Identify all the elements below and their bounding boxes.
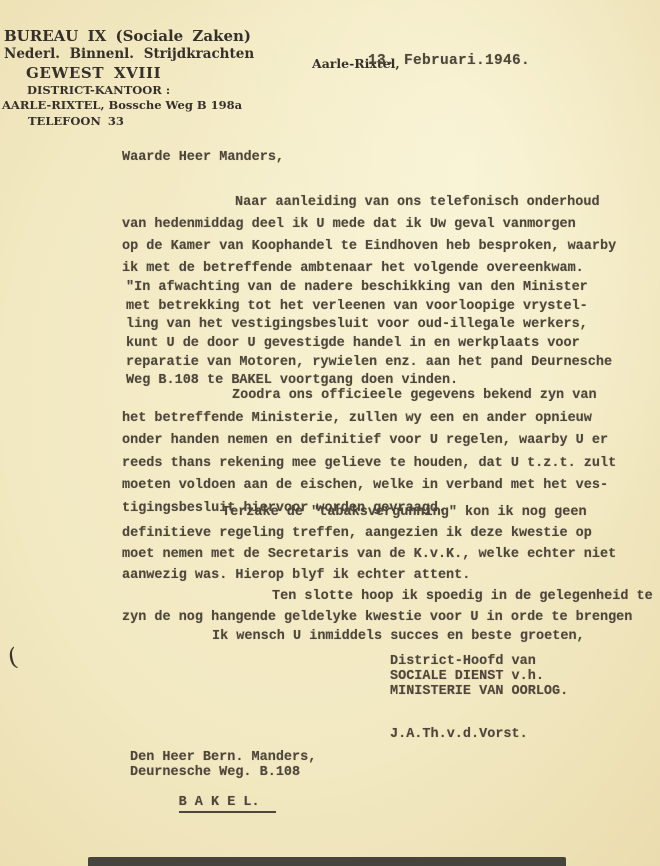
scanned-letter-page: BUREAU IX (Sociale Zaken) Nederl. Binnen… bbox=[0, 0, 660, 866]
text-line: reparatie van Motoren, rywielen enz. aan… bbox=[126, 354, 612, 373]
text-line: ling van het vestigingsbesluit voor oud-… bbox=[126, 316, 612, 335]
text-line: op de Kamer van Koophandel te Eindhoven … bbox=[122, 236, 616, 258]
text-line: reeds thans rekening mee gelieve te houd… bbox=[122, 453, 616, 476]
dateline-date: 13. Februari.1946. bbox=[368, 53, 530, 69]
paragraph-quote: "In afwachting van de nadere beschikking… bbox=[126, 279, 612, 391]
recipient-name: Den Heer Bern. Manders, bbox=[130, 750, 316, 765]
letterhead-phone-line: TELEFOON 33 bbox=[28, 114, 124, 128]
text-line: kunt U de door U gevestigde handel in en… bbox=[126, 335, 612, 354]
letterhead-kantoor-label: DISTRICT-KANTOOR : bbox=[27, 83, 170, 97]
recipient-city: B A K E L. bbox=[130, 780, 276, 825]
letterhead-org-line: Nederl. Binnenl. Strijdkrachten bbox=[4, 46, 254, 62]
signature-function-block: District-Hoofd vanSOCIALE DIENST v.h.MIN… bbox=[390, 654, 568, 700]
text-line: ik met de betreffende ambtenaar het volg… bbox=[122, 258, 616, 280]
text-line: Ten slotte hoop ik spoedig in de gelegen… bbox=[122, 586, 653, 607]
signature-name: J.A.Th.v.d.Vorst. bbox=[390, 727, 528, 742]
scan-edge-strip bbox=[88, 857, 566, 866]
text-line: Zoodra ons officieele gegevens bekend zy… bbox=[122, 385, 616, 408]
text-line: definitieve regeling treffen, aangezien … bbox=[122, 523, 616, 544]
paragraph-tabaksvergunning: Terzake de "tabaksvergunning" kon ik nog… bbox=[122, 502, 616, 586]
text-line: onder handen nemen en definitief voor U … bbox=[122, 430, 616, 453]
text-line: van hedenmiddag deel ik U mede dat ik Uw… bbox=[122, 214, 616, 236]
letterhead-address-line: AARLE-RIXTEL, Bossche Weg B 198a bbox=[2, 98, 242, 112]
text-line: moeten voldoen aan de eischen, welke in … bbox=[122, 475, 616, 498]
paragraph-intro: Naar aanleiding van ons telefonisch onde… bbox=[122, 192, 616, 280]
paragraph-slot: Ten slotte hoop ik spoedig in de gelegen… bbox=[122, 586, 653, 628]
closing-line: Ik wensch U inmiddels succes en beste gr… bbox=[212, 629, 585, 644]
text-line: moet nemen met de Secretaris van de K.v.… bbox=[122, 544, 616, 565]
letterhead-bureau-line: BUREAU IX (Sociale Zaken) bbox=[4, 27, 251, 45]
salutation: Waarde Heer Manders, bbox=[122, 150, 284, 165]
text-line: SOCIALE DIENST v.h. bbox=[390, 669, 568, 684]
text-line: "In afwachting van de nadere beschikking… bbox=[126, 279, 612, 298]
text-line: MINISTERIE VAN OORLOG. bbox=[390, 684, 568, 699]
text-line: Terzake de "tabaksvergunning" kon ik nog… bbox=[122, 502, 616, 523]
pen-mark: ( bbox=[6, 642, 20, 671]
text-line: aanwezig was. Hierop blyf ik echter atte… bbox=[122, 565, 616, 586]
recipient-city-text: B A K E L. bbox=[179, 795, 276, 813]
text-line: zyn de nog hangende geldelyke kwestie vo… bbox=[122, 607, 653, 628]
text-line: Naar aanleiding van ons telefonisch onde… bbox=[122, 192, 616, 214]
text-line: District-Hoofd van bbox=[390, 654, 568, 669]
letterhead-gewest-line: GEWEST XVIII bbox=[26, 64, 161, 82]
paragraph-ministerie: Zoodra ons officieele gegevens bekend zy… bbox=[122, 385, 616, 521]
text-line: het betreffende Ministerie, zullen wy ee… bbox=[122, 408, 616, 431]
text-line: met betrekking tot het verleenen van voo… bbox=[126, 298, 612, 317]
recipient-street: Deurnesche Weg. B.108 bbox=[130, 765, 300, 780]
